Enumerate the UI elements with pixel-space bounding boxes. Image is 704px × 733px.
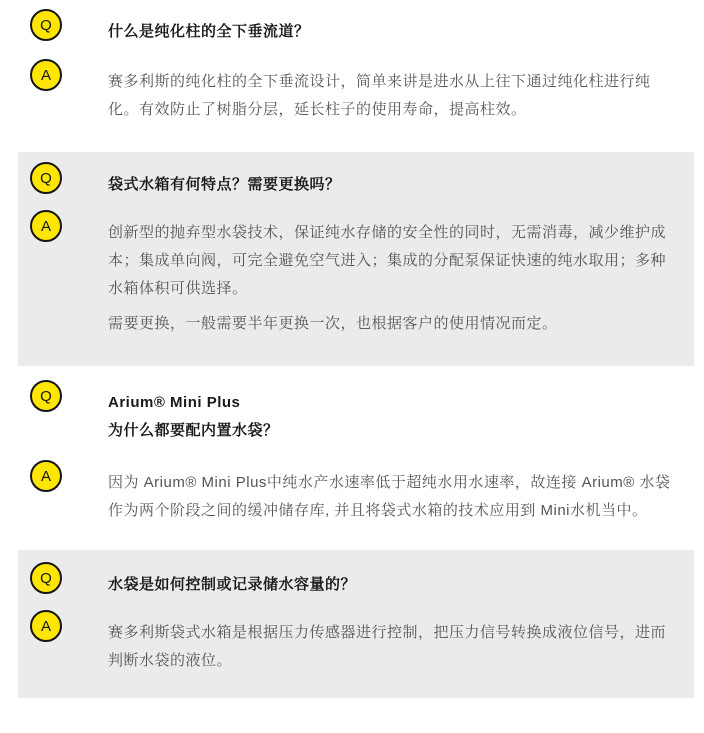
q-icon-column: Q [30, 380, 108, 412]
a-icon: A [30, 59, 62, 91]
answer-paragraph: 因为 Arium® Mini Plus中纯水产水速率低于超纯水用水速率，故连接 … [108, 469, 674, 525]
question-line: 什么是纯化柱的全下垂流道？ [108, 18, 310, 46]
q-icon: Q [30, 562, 62, 594]
question-title: 袋式水箱有何特点？需要更换吗？ [108, 162, 341, 199]
answer-paragraph: 创新型的抛弃型水袋技术，保证纯水存储的安全性的同时，无需消毒，减少维护成本；集成… [108, 219, 676, 303]
answer-paragraph: 赛多利斯袋式水箱是根据压力传感器进行控制，把压力信号转换成液位信号，进而判断水袋… [108, 619, 676, 675]
q-icon: Q [30, 380, 62, 412]
answer-paragraph: 需要更换，一般需要半年更换一次，也根据客户的使用情况而定。 [108, 310, 676, 338]
q-icon: Q [30, 162, 62, 194]
question-title: Arium® Mini Plus 为什么都要配内置水袋？ [108, 380, 279, 445]
faq-item: Q Arium® Mini Plus 为什么都要配内置水袋？ A 因为 Ariu… [0, 366, 704, 525]
answer-text: 赛多利斯袋式水箱是根据压力传感器进行控制，把压力信号转换成液位信号，进而判断水袋… [108, 610, 676, 675]
answer-paragraph: 赛多利斯的纯化柱的全下垂流设计，简单来讲是进水从上往下通过纯化柱进行纯化。有效防… [108, 68, 674, 124]
q-icon: Q [30, 9, 62, 41]
question-line: 为什么都要配内置水袋？ [108, 417, 279, 445]
question-row: Q 袋式水箱有何特点？需要更换吗？ [30, 162, 676, 199]
a-icon: A [30, 460, 62, 492]
answer-text: 创新型的抛弃型水袋技术，保证纯水存储的安全性的同时，无需消毒，减少维护成本；集成… [108, 210, 676, 338]
answer-row: A 赛多利斯袋式水箱是根据压力传感器进行控制，把压力信号转换成液位信号，进而判断… [30, 610, 676, 675]
faq-list: Q 什么是纯化柱的全下垂流道？ A 赛多利斯的纯化柱的全下垂流设计，简单来讲是进… [0, 0, 704, 698]
answer-row: A 赛多利斯的纯化柱的全下垂流设计，简单来讲是进水从上往下通过纯化柱进行纯化。有… [30, 59, 674, 124]
faq-item: Q 水袋是如何控制或记录储水容量的？ A 赛多利斯袋式水箱是根据压力传感器进行控… [18, 550, 694, 698]
question-row: Q Arium® Mini Plus 为什么都要配内置水袋？ [30, 380, 674, 445]
a-icon: A [30, 210, 62, 242]
a-icon: A [30, 610, 62, 642]
question-title: 水袋是如何控制或记录储水容量的？ [108, 562, 356, 599]
answer-row: A 创新型的抛弃型水袋技术，保证纯水存储的安全性的同时，无需消毒，减少维护成本；… [30, 210, 676, 338]
a-icon-column: A [30, 59, 108, 91]
question-line: 袋式水箱有何特点？需要更换吗？ [108, 171, 341, 199]
question-line: Arium® Mini Plus [108, 389, 279, 417]
question-row: Q 什么是纯化柱的全下垂流道？ [30, 9, 674, 46]
question-line: 水袋是如何控制或记录储水容量的？ [108, 571, 356, 599]
answer-text: 因为 Arium® Mini Plus中纯水产水速率低于超纯水用水速率，故连接 … [108, 460, 674, 525]
answer-row: A 因为 Arium® Mini Plus中纯水产水速率低于超纯水用水速率，故连… [30, 460, 674, 525]
a-icon-column: A [30, 460, 108, 492]
q-icon-column: Q [30, 562, 108, 594]
a-icon-column: A [30, 210, 108, 242]
faq-item: Q 什么是纯化柱的全下垂流道？ A 赛多利斯的纯化柱的全下垂流设计，简单来讲是进… [0, 0, 704, 124]
question-title: 什么是纯化柱的全下垂流道？ [108, 9, 310, 46]
q-icon-column: Q [30, 9, 108, 41]
q-icon-column: Q [30, 162, 108, 194]
answer-text: 赛多利斯的纯化柱的全下垂流设计，简单来讲是进水从上往下通过纯化柱进行纯化。有效防… [108, 59, 674, 124]
a-icon-column: A [30, 610, 108, 642]
question-row: Q 水袋是如何控制或记录储水容量的？ [30, 562, 676, 599]
faq-item: Q 袋式水箱有何特点？需要更换吗？ A 创新型的抛弃型水袋技术，保证纯水存储的安… [18, 152, 694, 366]
